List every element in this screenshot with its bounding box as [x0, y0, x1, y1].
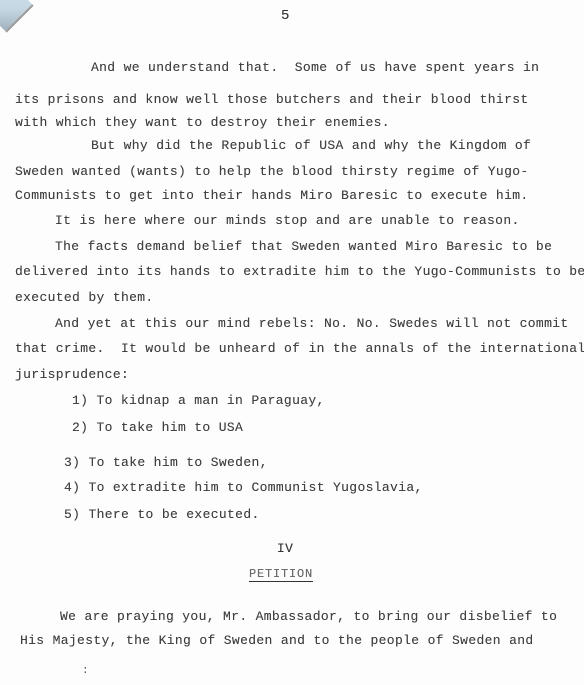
paragraph-5-line-1: And yet at this our mind rebels: No. No.…: [55, 316, 569, 332]
paragraph-5-line-2: that crime. It would be unheard of in th…: [15, 341, 584, 357]
paragraph-2-line-1: But why did the Republic of USA and why …: [91, 138, 531, 154]
page-number: 5: [281, 8, 290, 24]
list-item-5: 5) There to be executed.: [64, 507, 260, 523]
document-page: 5 And we understand that. Some of us hav…: [0, 0, 584, 685]
petition-line-2: His Majesty, the King of Sweden and to t…: [20, 633, 534, 649]
list-item-2: 2) To take him to USA: [72, 420, 243, 436]
paragraph-2-line-3: Communists to get into their hands Miro …: [15, 188, 529, 204]
paragraph-5-line-3: jurisprudence:: [15, 367, 129, 383]
stray-mark: :: [82, 665, 89, 677]
section-title: PETITION: [249, 567, 313, 582]
list-item-3: 3) To take him to Sweden,: [64, 455, 268, 471]
paragraph-4-line-1: The facts demand belief that Sweden want…: [55, 239, 552, 255]
paragraph-3-line-1: It is here where our minds stop and are …: [55, 213, 520, 229]
paragraph-1-line-2: its prisons and know well those butchers…: [15, 92, 529, 108]
paragraph-1-line-3: with which they want to destroy their en…: [15, 115, 390, 131]
section-numeral: IV: [277, 541, 293, 557]
paragraph-4-line-3: executed by them.: [15, 290, 154, 306]
petition-line-1: We are praying you, Mr. Ambassador, to b…: [60, 609, 557, 625]
paragraph-2-line-2: Sweden wanted (wants) to help the blood …: [15, 164, 529, 180]
page-corner-fold: [0, 0, 34, 33]
list-item-4: 4) To extradite him to Communist Yugosla…: [64, 480, 423, 496]
paragraph-1-line-1: And we understand that. Some of us have …: [91, 60, 539, 76]
list-item-1: 1) To kidnap a man in Paraguay,: [72, 393, 325, 409]
paragraph-4-line-2: delivered into its hands to extradite hi…: [15, 264, 584, 280]
